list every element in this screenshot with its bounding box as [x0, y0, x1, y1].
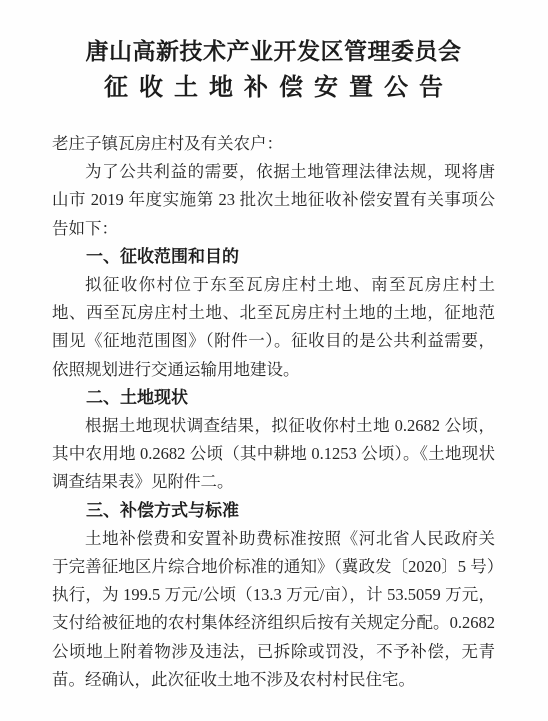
section-1-body: 拟征收你村位于东至瓦房庄村土地、南至瓦房庄村土地、西至瓦房庄村土地、北至瓦房庄村…: [52, 271, 495, 384]
document-body: 老庄子镇瓦房庄村及有关农户： 为了公共利益的需要，依据土地管理法律法规，现将唐山…: [52, 130, 495, 694]
section-2-heading: 二、土地现状: [52, 384, 495, 412]
document-title-notice: 征收土地补偿安置公告: [52, 71, 495, 105]
intro-paragraph: 为了公共利益的需要，依据土地管理法律法规，现将唐山市 2019 年度实施第 23…: [52, 158, 495, 243]
section-2-body: 根据土地现状调查结果，拟征收你村土地 0.2682 公顷，其中农用地 0.268…: [52, 412, 495, 497]
section-1-heading: 一、征收范围和目的: [52, 243, 495, 271]
salutation-line: 老庄子镇瓦房庄村及有关农户：: [52, 130, 495, 158]
notice-document-page: 唐山高新技术产业开发区管理委员会 征收土地补偿安置公告 老庄子镇瓦房庄村及有关农…: [0, 0, 548, 721]
section-3-body: 土地补偿费和安置补助费标准按照《河北省人民政府关于完善征地区片综合地价标准的通知…: [52, 525, 495, 694]
section-3-heading: 三、补偿方式与标准: [52, 497, 495, 525]
document-title-authority: 唐山高新技术产业开发区管理委员会: [52, 36, 495, 66]
